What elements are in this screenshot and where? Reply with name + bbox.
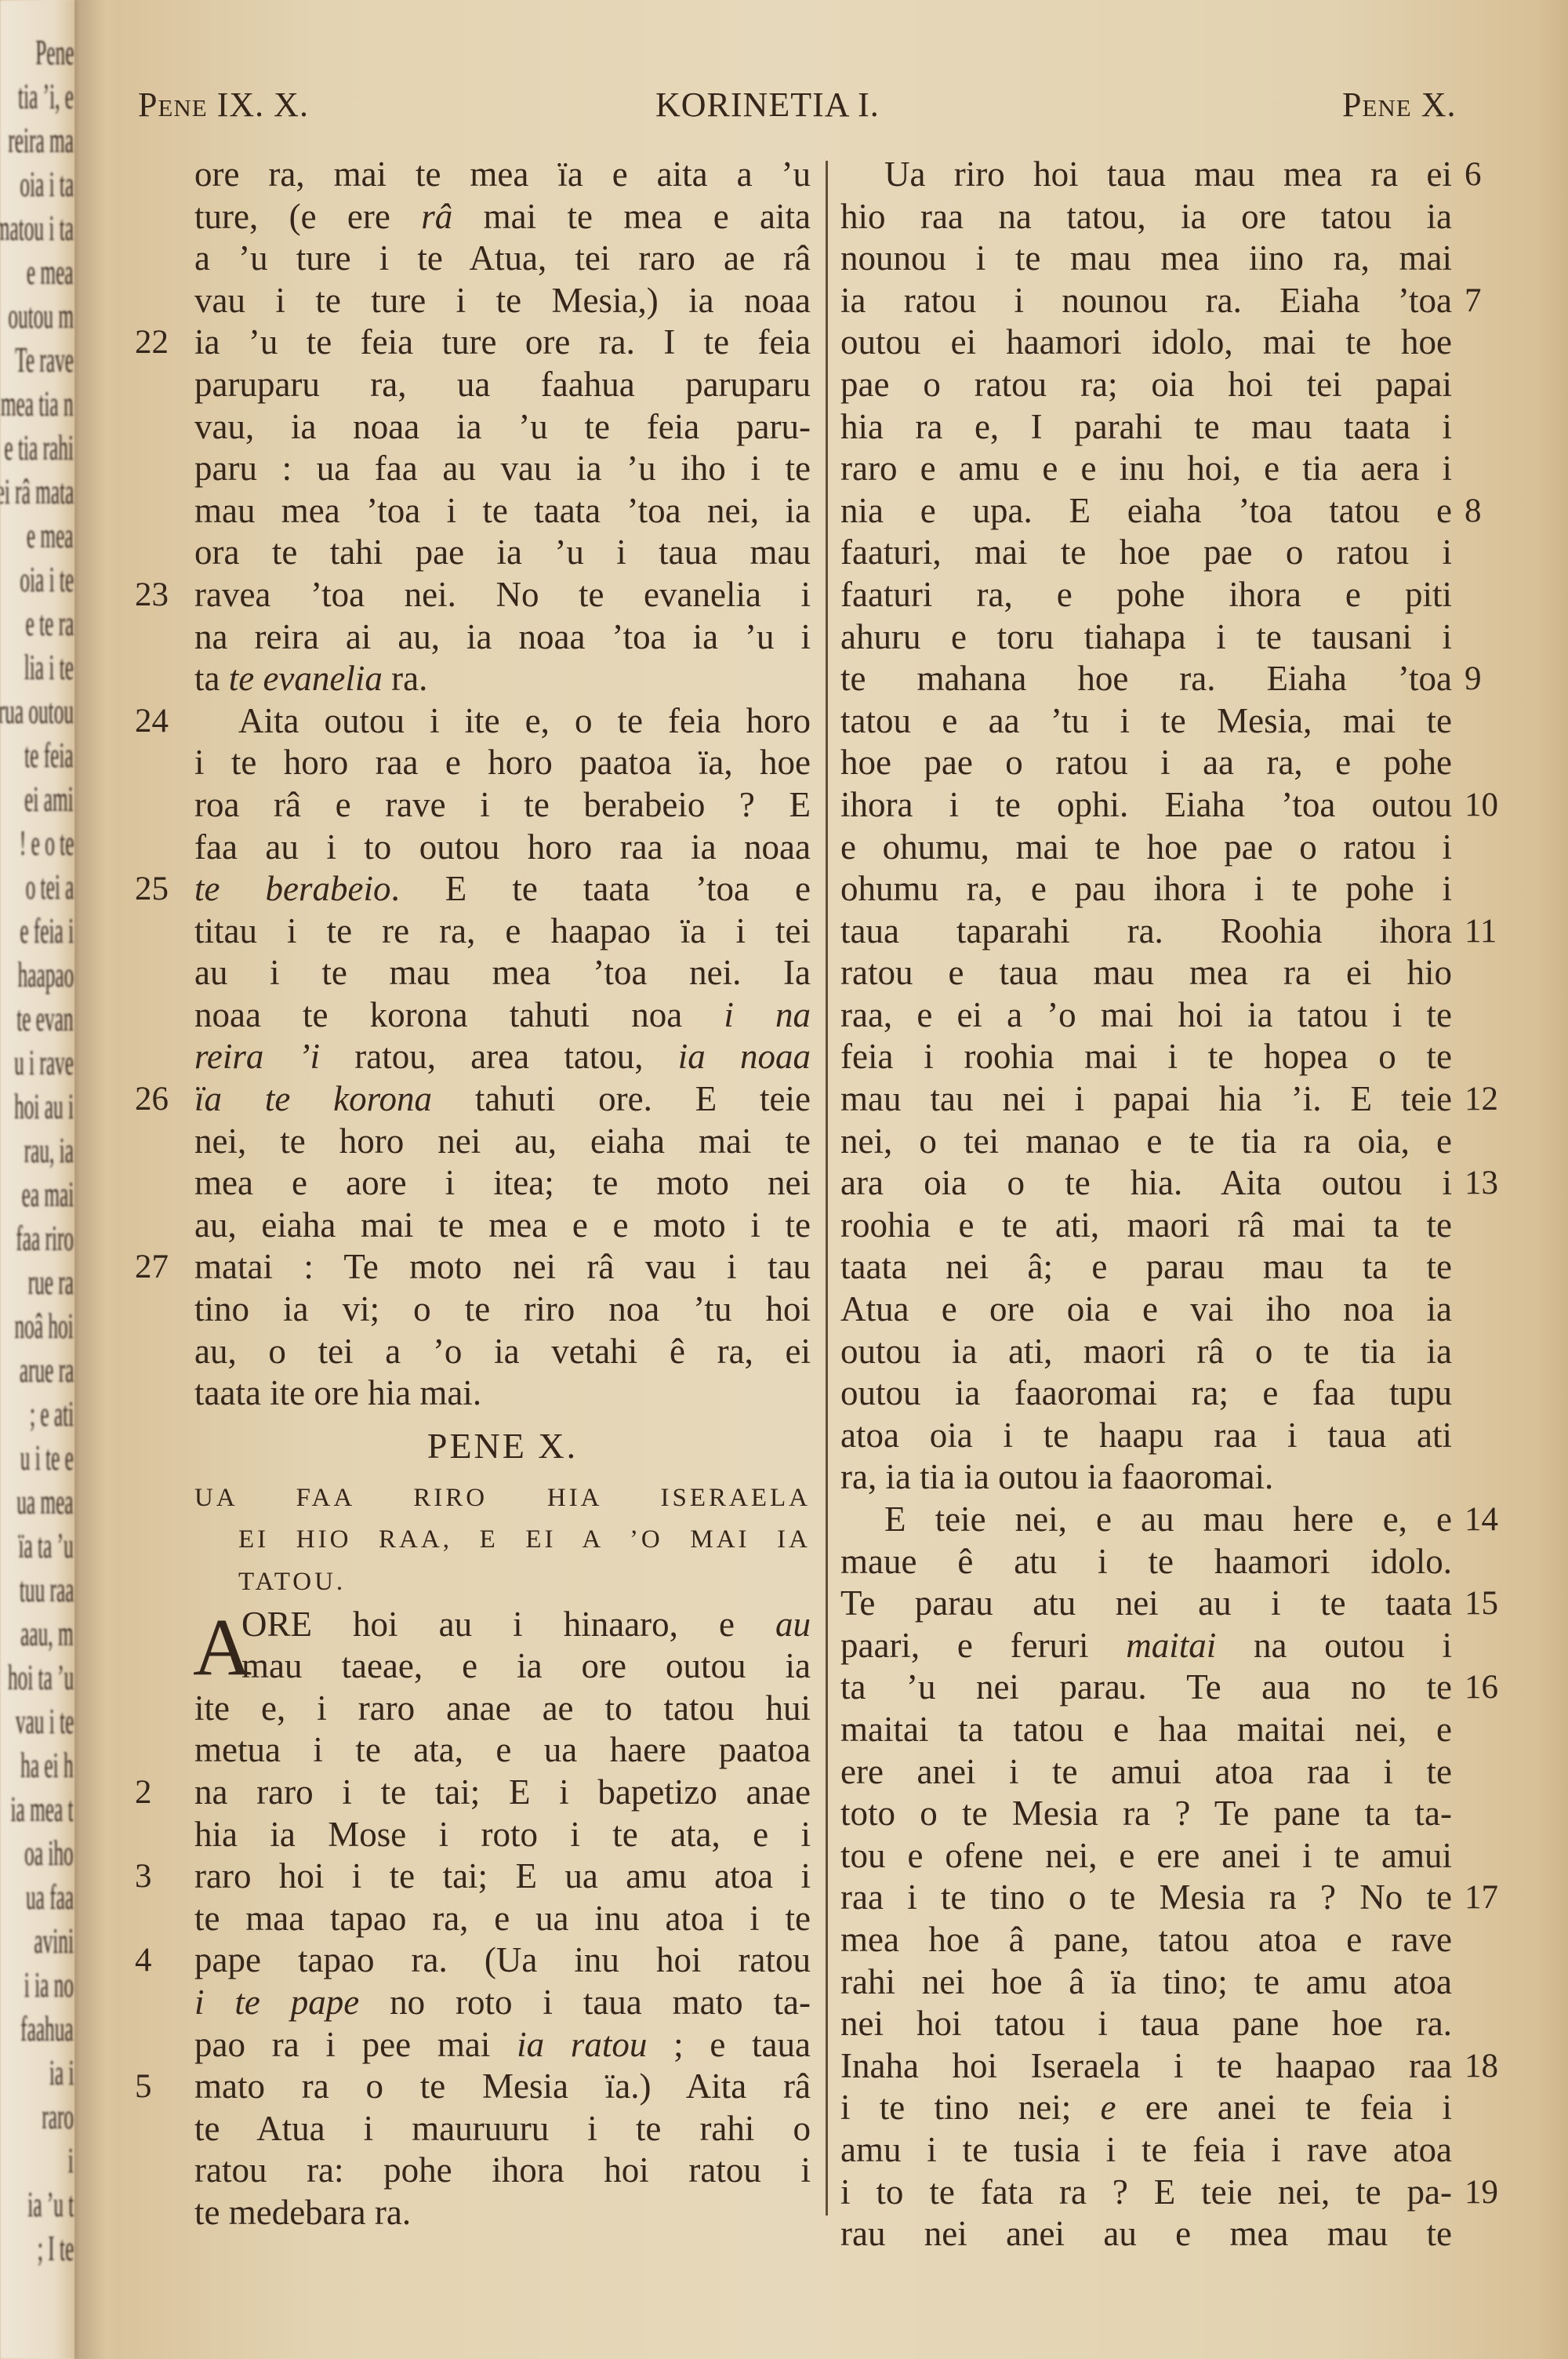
text-line: i te horo raa e horo paatoa ïa, hoe xyxy=(194,742,811,784)
text-segment: te mahana hoe ra. Eiaha ’toa xyxy=(840,659,1452,698)
verse-number: 15 xyxy=(1465,1583,1519,1625)
verse-number: 12 xyxy=(1465,1078,1519,1121)
facing-page-text: vau i te xyxy=(16,1700,74,1742)
text-segment: ; e taua xyxy=(647,2025,811,2064)
chapter-heading: PENE X. xyxy=(194,1415,811,1478)
text-segment: raa i te tino o te Mesia ra ? No te xyxy=(840,1877,1452,1917)
verse-number: 2 xyxy=(135,1772,152,1814)
text-line: maitai ta tatou e haa maitai nei, e xyxy=(840,1709,1452,1751)
text-segment: ihora i te ophi. Eiaha ’toa outou xyxy=(840,785,1452,824)
facing-page-text: ei ami xyxy=(24,778,74,820)
text-segment: rau nei anei au e mea mau te xyxy=(840,2214,1452,2253)
text-line: 24Aita outou i ite e, o te feia horo xyxy=(194,700,811,743)
text-line: 5mato ra o te Mesia ïa.) Aita râ xyxy=(194,2066,811,2108)
facing-page-text: matou i ta xyxy=(0,207,74,249)
text-line: outou ei haamori idolo, mai te hoe xyxy=(840,322,1452,364)
text-line: ra, ia tia ia outou ia faaoromai. xyxy=(840,1456,1452,1499)
italic-text: râ xyxy=(421,197,452,236)
text-segment: vau i te ture i te Mesia,) ia noaa xyxy=(194,281,811,320)
verse-number: 23 xyxy=(135,574,169,616)
text-line: 26ïa te korona tahuti ore. E teie xyxy=(194,1078,811,1121)
text-line: 22ia ’u te feia ture ore ra. I te feia xyxy=(194,322,811,364)
text-line: i te pape no roto i taua mato ta- xyxy=(194,1982,811,2024)
text-segment: feia i roohia mai i te hopea o te xyxy=(840,1037,1452,1076)
text-segment: a ’u ture i te Atua, tei raro ae râ xyxy=(194,238,811,278)
text-segment: Aita outou i ite e, o te feia horo xyxy=(238,701,811,740)
text-segment: faa au i to outou horo raa ia noaa xyxy=(194,827,811,867)
text-segment: Ua riro hoi taua mau mea ra ei xyxy=(884,154,1452,194)
facing-page-text: ; e ati xyxy=(30,1393,74,1434)
text-segment: paari, e feruri xyxy=(840,1626,1126,1665)
facing-page-text: arue ra xyxy=(19,1349,74,1390)
header-left-cap: P xyxy=(138,85,158,124)
text-line: faaturi ra, e pohe ihora e piti xyxy=(840,574,1452,616)
facing-page-text: rau, ia xyxy=(24,1129,74,1171)
text-segment: raro hoi i te tai; E ua amu atoa i xyxy=(194,1856,811,1896)
text-line: nei, o tei manao e te tia ra oia, e xyxy=(840,1121,1452,1163)
text-line: i te tino nei; e ere anei te feia i xyxy=(840,2087,1452,2129)
text-segment: ta xyxy=(194,659,229,698)
column-divider xyxy=(826,161,828,2215)
text-segment: ore ra, mai te mea ïa e aita a ’u xyxy=(194,154,811,194)
text-line: te Atua i mauruuru i te rahi o xyxy=(194,2108,811,2150)
text-line: ite e, i raro anae ae to tatou hui xyxy=(194,1688,811,1730)
facing-page-text: tuu raa xyxy=(19,1568,74,1610)
text-segment: mea hoe â pane, tatou atoa e rave xyxy=(840,1920,1452,1959)
verse-number: 4 xyxy=(135,1939,152,1982)
text-line: taata nei â; e parau mau ta te xyxy=(840,1246,1452,1289)
text-line: nei, te horo nei au, eiaha mai te xyxy=(194,1121,811,1163)
facing-page-text: hoi au i xyxy=(14,1085,74,1127)
text-segment: hia ra e, I parahi te mau taata i xyxy=(840,407,1452,446)
text-segment: tino ia vi; o te riro noa ’tu hoi xyxy=(194,1289,811,1329)
text-line: paari, e feruri maitai na outou i xyxy=(840,1625,1452,1667)
facing-page-text: i ia no xyxy=(24,1964,74,2005)
text-line: 7ia ratou i nounou ra. Eiaha ’toa xyxy=(840,280,1452,322)
text-segment: ORE hoi au i hinaaro, e xyxy=(241,1605,775,1644)
text-segment: mau tau nei i papai hia ’i. E teie xyxy=(840,1079,1452,1118)
facing-page-text: ; I te xyxy=(38,2227,74,2269)
verse-number: 19 xyxy=(1465,2172,1519,2214)
facing-page-text: u i te e xyxy=(20,1437,74,1478)
italic-text: au xyxy=(775,1605,811,1644)
text-line: noaa te korona tahuti noa i na xyxy=(194,994,811,1037)
text-line: outou ia ati, maori râ o te tia ia xyxy=(840,1331,1452,1373)
facing-page-text: ia ’u t xyxy=(27,2183,74,2225)
facing-page-text: te evan xyxy=(17,998,74,1039)
facing-page-text: e tia rahi xyxy=(4,427,74,468)
italic-text: e xyxy=(1100,2088,1116,2127)
facing-page-text: e feia i xyxy=(20,910,74,951)
text-segment: mai te mea e aita xyxy=(452,197,811,236)
text-line: 27matai : Te moto nei râ vau i tau xyxy=(194,1246,811,1289)
text-segment: toto o te Mesia ra ? Te pane ta ta- xyxy=(840,1794,1452,1833)
facing-page-text: ua faa xyxy=(26,1876,74,1917)
summary-line: UA FAA RIRO HIA ISERAELA xyxy=(194,1478,811,1520)
text-segment: roa râ e rave i te berabeio ? E xyxy=(194,785,811,824)
text-segment: amu i te tusia i te feia i rave atoa xyxy=(840,2130,1452,2169)
text-line: vau, ia noaa ia ’u te feia paru- xyxy=(194,406,811,449)
text-segment: pape tapao ra. (Ua inu hoi ratou xyxy=(194,1940,811,1979)
text-segment: atoa oia i te haapu raa i taua ati xyxy=(840,1416,1452,1455)
text-line: rau nei anei au e mea mau te xyxy=(840,2213,1452,2255)
facing-page-text: ea mai xyxy=(21,1173,74,1215)
text-segment: au i te mau mea ’toa nei. Ia xyxy=(194,953,811,992)
facing-page-text: rue ra xyxy=(28,1261,74,1303)
text-line: maue ê atu i te haamori idolo. xyxy=(840,1541,1452,1583)
running-header: PENE IX. X. KORINETIA I. PENE X. xyxy=(0,85,1568,132)
text-segment: ravea ’toa nei. No te evanelia i xyxy=(194,575,811,614)
text-line: nei hoi tatou i taua pane hoe ra. xyxy=(840,2003,1452,2045)
text-segment: te medebara ra. xyxy=(194,2193,411,2232)
text-line: ture, (e ere râ mai te mea e aita xyxy=(194,196,811,238)
facing-page-text: noâ hoi xyxy=(15,1305,74,1347)
text-line: Atua e ore oia e vai iho noa ia xyxy=(840,1289,1452,1331)
verse-number: 9 xyxy=(1465,658,1519,700)
text-segment: faaturi ra, e pohe ihora e piti xyxy=(840,575,1452,614)
text-segment: tahuti ore. E teie xyxy=(432,1079,811,1118)
text-segment: metua i te ata, e ua haere paatoa xyxy=(194,1730,811,1769)
text-line: metua i te ata, e ua haere paatoa xyxy=(194,1729,811,1772)
verse-number: 6 xyxy=(1465,154,1519,196)
left-column: ore ra, mai te mea ïa e aita a ’uture, (… xyxy=(194,154,811,2234)
right-column-text: 6Ua riro hoi taua mau mea ra eihio raa n… xyxy=(840,154,1452,2255)
text-line: mau mea ’toa i te taata ’toa nei, ia xyxy=(194,490,811,533)
text-line: 10ihora i te ophi. Eiaha ’toa outou xyxy=(840,784,1452,827)
text-line: e ohumu, mai te hoe pae o ratou i xyxy=(840,827,1452,869)
text-segment: ratou e taua mau mea ra ei hio xyxy=(840,953,1452,992)
verse-number: 25 xyxy=(135,868,169,911)
text-line: mea e aore i itea; te moto nei xyxy=(194,1162,811,1205)
facing-page-text: e mea xyxy=(27,251,74,293)
verse-number: 27 xyxy=(135,1246,169,1289)
right-column: 6Ua riro hoi taua mau mea ra eihio raa n… xyxy=(840,154,1452,2255)
facing-page-edge: Penetia ’i, ereira maoia i tamatou i tae… xyxy=(0,0,78,2359)
facing-page-text: lia i te xyxy=(24,646,74,688)
facing-page-text: o tei a xyxy=(25,866,74,907)
text-segment: E teie nei, e au mau here e, e xyxy=(884,1499,1452,1539)
text-line: roa râ e rave i te berabeio ? E xyxy=(194,784,811,827)
text-line: a ’u ture i te Atua, tei raro ae râ xyxy=(194,238,811,280)
text-segment: te maa tapao ra, e ua inu atoa i te xyxy=(194,1899,811,1938)
facing-page-text: ia i xyxy=(49,2052,74,2093)
facing-page-text: Pene xyxy=(35,31,74,73)
text-segment: titau i te re ra, e haapao ïa i tei xyxy=(194,911,811,951)
text-segment: na outou i xyxy=(1216,1626,1452,1665)
facing-page-text: ïa ta ’u xyxy=(19,1525,74,1566)
facing-page-text: ua mea xyxy=(17,1481,74,1522)
text-line: 13ara oia o te hia. Aita outou i xyxy=(840,1162,1452,1205)
text-segment: ia ’u te feia ture ore ra. I te feia xyxy=(194,322,811,362)
text-segment: no roto i taua mato ta- xyxy=(359,1983,811,2022)
text-segment: raro e amu e e inu hoi, e tia aera i xyxy=(840,449,1452,488)
text-line: au i te mau mea ’toa nei. Ia xyxy=(194,952,811,994)
italic-text: reira ’i xyxy=(194,1037,320,1076)
text-segment: mau mea ’toa i te taata ’toa nei, ia xyxy=(194,491,811,530)
text-line: paruparu ra, ua faahua paruparu xyxy=(194,364,811,406)
text-line: 2na raro i te tai; E i bapetizo anae xyxy=(194,1772,811,1814)
header-chapter-right: PENE X. xyxy=(1342,85,1457,125)
text-segment: i te tino nei; xyxy=(840,2088,1100,2127)
text-segment: paruparu ra, ua faahua paruparu xyxy=(194,365,811,404)
facing-page-text: rua outou xyxy=(0,690,74,732)
text-segment: tatou e aa ’tu i te Mesia, mai te xyxy=(840,701,1452,740)
text-line: 17raa i te tino o te Mesia ra ? No te xyxy=(840,1877,1452,1919)
text-line: 19i to te fata ra ? E teie nei, te pa- xyxy=(840,2172,1452,2214)
facing-page-text: ei râ mata xyxy=(0,471,74,512)
italic-text: maitai xyxy=(1126,1626,1216,1665)
text-segment: paru : ua faa au vau ia ’u iho i te xyxy=(194,449,811,488)
text-segment: ohumu ra, e pau ihora i te pohe i xyxy=(840,869,1452,908)
text-segment: ta ’u nei parau. Te aua no te xyxy=(840,1667,1452,1707)
header-chapter-left: PENE IX. X. xyxy=(138,85,309,125)
left-column-text-ch9: ore ra, mai te mea ïa e aita a ’uture, (… xyxy=(194,154,811,1415)
text-segment: pao ra i pee mai xyxy=(194,2025,517,2064)
summary-line: EI HIO RAA, E EI A ’O MAI IA xyxy=(194,1519,811,1561)
text-line: ORE hoi au i hinaaro, e au xyxy=(194,1604,811,1646)
header-right-cap: P xyxy=(1342,85,1362,124)
facing-page-text: ia mea t xyxy=(11,1788,74,1830)
text-segment: hia ia Mose i roto i te ata, e i xyxy=(194,1815,811,1854)
verse-number: 13 xyxy=(1465,1162,1519,1205)
header-left-rest: IX. X. xyxy=(208,85,309,124)
text-segment: ra, ia tia ia outou ia faaoromai. xyxy=(840,1457,1273,1496)
text-line: pao ra i pee mai ia ratou ; e taua xyxy=(194,2024,811,2066)
text-segment: taua taparahi ra. Roohia ihora xyxy=(840,911,1452,951)
chapter-summary: UA FAA RIRO HIA ISERAELAEI HIO RAA, E EI… xyxy=(194,1478,811,1604)
text-line: faa au i to outou horo raa ia noaa xyxy=(194,827,811,869)
gutter-shadow xyxy=(74,0,106,2359)
facing-page-text: oia i ta xyxy=(20,163,74,205)
text-line: au, o tei a ’o ia vetahi ê ra, ei xyxy=(194,1331,811,1373)
text-segment: ere anei te feia i xyxy=(1116,2088,1452,2127)
italic-text: ia noaa xyxy=(678,1037,811,1076)
text-segment: na reira ai au, ia noaa ’toa ia ’u i xyxy=(194,617,811,656)
text-line: 8nia e upa. E eiaha ’toa tatou e xyxy=(840,490,1452,533)
text-segment: ratou, area tatou, xyxy=(320,1037,678,1076)
text-line: reira ’i ratou, area tatou, ia noaa xyxy=(194,1036,811,1078)
text-segment: ere anei i te amui atoa raa i te xyxy=(840,1752,1452,1791)
text-line: pae o ratou ra; oia hoi tei papai xyxy=(840,364,1452,406)
facing-page-text: e mea xyxy=(27,514,74,556)
text-segment: outou ia faaoromai ra; e faa tupu xyxy=(840,1373,1452,1412)
text-line: ahuru e toru tiahapa i te tausani i xyxy=(840,616,1452,659)
italic-text: i te pape xyxy=(194,1983,359,2022)
text-line: 6Ua riro hoi taua mau mea ra ei xyxy=(840,154,1452,196)
italic-text: ïa te korona xyxy=(194,1079,432,1118)
text-line: nounou i te mau mea iino ra, mai xyxy=(840,238,1452,280)
text-line: au, eiaha mai te mea e e moto i te xyxy=(194,1205,811,1247)
text-segment: i to te fata ra ? E teie nei, te pa- xyxy=(840,2172,1452,2212)
text-segment: rahi nei hoe â ïa tino; te amu atoa xyxy=(840,1962,1452,2001)
text-line: raro e amu e e inu hoi, e tia aera i xyxy=(840,448,1452,490)
text-line: titau i te re ra, e haapao ïa i tei xyxy=(194,911,811,953)
italic-text: i na xyxy=(724,995,811,1034)
text-segment: na raro i te tai; E i bapetizo anae xyxy=(194,1772,811,1812)
text-line: tino ia vi; o te riro noa ’tu hoi xyxy=(194,1289,811,1331)
verse-number: 10 xyxy=(1465,784,1519,827)
text-line: taata ite ore hia mai. xyxy=(194,1372,811,1415)
facing-page-text: hoi ta ’u xyxy=(8,1656,74,1698)
text-line: raa, e ei a ’o mai hoi ia tatou i te xyxy=(840,994,1452,1037)
facing-page-text: faa riro xyxy=(16,1217,74,1259)
text-segment: ia ratou i nounou ra. Eiaha ’toa xyxy=(840,281,1452,320)
facing-page-text: oa iho xyxy=(24,1832,74,1874)
text-line: tou e ofene nei, e ere anei i te amui xyxy=(840,1835,1452,1877)
text-segment: mato ra o te Mesia ïa.) Aita râ xyxy=(194,2066,811,2106)
text-segment: te Atua i mauruuru i te rahi o xyxy=(194,2109,811,2148)
left-column-text-ch10: ORE hoi au i hinaaro, e aumau taeae, e i… xyxy=(194,1604,811,2234)
text-line: ora te tahi pae ia ’u i taua mau xyxy=(194,532,811,574)
verse-number: 3 xyxy=(135,1856,152,1898)
verse-number: 11 xyxy=(1465,911,1519,953)
header-book-title: KORINETIA I. xyxy=(655,85,880,125)
text-segment: ahuru e toru tiahapa i te tausani i xyxy=(840,617,1452,656)
text-segment: nei hoi tatou i taua pane hoe ra. xyxy=(840,2004,1452,2043)
text-segment: roohia e te ati, maori râ mai ta te xyxy=(840,1205,1452,1245)
text-segment: maue ê atu i te haamori idolo. xyxy=(840,1542,1452,1581)
text-segment: i te horo raa e horo paatoa ïa, hoe xyxy=(194,743,811,782)
text-segment: maitai ta tatou e haa maitai nei, e xyxy=(840,1710,1452,1749)
text-segment: au, eiaha mai te mea e e moto i te xyxy=(194,1205,811,1245)
text-line: ore ra, mai te mea ïa e aita a ’u xyxy=(194,154,811,196)
facing-page-text: mea tia n xyxy=(1,383,74,424)
facing-page-text: te feia xyxy=(24,734,74,776)
text-segment: taata ite ore hia mai. xyxy=(194,1373,481,1412)
facing-page-text: ha ei h xyxy=(21,1744,74,1786)
text-segment: Atua e ore oia e vai iho noa ia xyxy=(840,1289,1452,1329)
text-segment: ora te tahi pae ia ’u i taua mau xyxy=(194,533,811,572)
text-segment: noaa te korona tahuti noa xyxy=(194,995,724,1034)
text-segment: hio raa na tatou, ia ore tatou ia xyxy=(840,197,1452,236)
facing-page-text: u i rave xyxy=(14,1041,74,1083)
text-segment: nounou i te mau mea iino ra, mai xyxy=(840,238,1452,278)
text-line: 15Te parau atu nei au i te taata xyxy=(840,1583,1452,1625)
text-segment: ture, (e ere xyxy=(194,197,421,236)
facing-page-text: raro xyxy=(42,2095,74,2137)
text-line: rahi nei hoe â ïa tino; te amu atoa xyxy=(840,1961,1452,2004)
verse-number: 7 xyxy=(1465,280,1519,322)
text-segment: au, o tei a ’o ia vetahi ê ra, ei xyxy=(194,1332,811,1371)
italic-text: te berabeio xyxy=(194,869,391,908)
facing-page-text: Te rave xyxy=(15,339,74,380)
verse-number: 5 xyxy=(135,2066,152,2108)
text-line: hia ra e, I parahi te mau taata i xyxy=(840,406,1452,449)
text-line: 23ravea ’toa nei. No te evanelia i xyxy=(194,574,811,616)
text-line: ratou ra: pohe ihora hoi ratou i xyxy=(194,2150,811,2192)
text-segment: mau taeae, e ia ore outou ia xyxy=(241,1646,811,1685)
italic-text: te evanelia xyxy=(229,659,383,698)
text-line: 9te mahana hoe ra. Eiaha ’toa xyxy=(840,658,1452,700)
text-line: toto o te Mesia ra ? Te pane ta ta- xyxy=(840,1793,1452,1835)
text-line: tatou e aa ’tu i te Mesia, mai te xyxy=(840,700,1452,743)
text-line: vau i te ture i te Mesia,) ia noaa xyxy=(194,280,811,322)
header-right-rest: X. xyxy=(1412,85,1457,124)
text-line: 4pape tapao ra. (Ua inu hoi ratou xyxy=(194,1939,811,1982)
text-line: mau taeae, e ia ore outou ia xyxy=(194,1645,811,1688)
text-segment: ite e, i raro anae ae to tatou hui xyxy=(194,1688,811,1728)
verse-number: 22 xyxy=(135,322,169,364)
text-segment: mea e aore i itea; te moto nei xyxy=(194,1163,811,1202)
chapter-body-start: A ORE hoi au i hinaaro, e aumau taeae, e… xyxy=(194,1604,811,2234)
verse-number: 8 xyxy=(1465,490,1519,533)
text-line: ratou e taua mau mea ra ei hio xyxy=(840,952,1452,994)
text-line: feia i roohia mai i te hopea o te xyxy=(840,1036,1452,1078)
facing-page-text: e te ra xyxy=(25,602,74,644)
text-line: paru : ua faa au vau ia ’u iho i te xyxy=(194,448,811,490)
summary-line: TATOU. xyxy=(194,1561,811,1604)
text-line: hio raa na tatou, ia ore tatou ia xyxy=(840,196,1452,238)
header-right-smallcaps: ENE xyxy=(1362,94,1411,122)
text-line: 12mau tau nei i papai hia ’i. E teie xyxy=(840,1078,1452,1121)
facing-page-text: avini xyxy=(34,1920,74,1961)
text-line: 3raro hoi i te tai; E ua amu atoa i xyxy=(194,1856,811,1898)
text-line: 11taua taparahi ra. Roohia ihora xyxy=(840,911,1452,953)
facing-page-text: aau, m xyxy=(21,1612,74,1654)
facing-page-text: ! e o te xyxy=(19,822,74,863)
header-left-smallcaps: ENE xyxy=(158,94,207,122)
text-segment: matai : Te moto nei râ vau i tau xyxy=(194,1247,811,1286)
text-line: roohia e te ati, maori râ mai ta te xyxy=(840,1205,1452,1247)
text-line: mea hoe â pane, tatou atoa e rave xyxy=(840,1919,1452,1961)
text-segment: nei, o tei manao e te tia ra oia, e xyxy=(840,1121,1452,1161)
text-line: 14E teie nei, e au mau here e, e xyxy=(840,1499,1452,1541)
text-segment: ratou ra: pohe ihora hoi ratou i xyxy=(194,2150,811,2190)
text-line: 25te berabeio. E te taata ’toa e xyxy=(194,868,811,911)
text-line: 16ta ’u nei parau. Te aua no te xyxy=(840,1667,1452,1709)
italic-text: ia ratou xyxy=(517,2025,647,2064)
verse-number: 14 xyxy=(1465,1499,1519,1541)
text-segment: Inaha hoi Iseraela i te haapao raa xyxy=(840,2046,1452,2085)
verse-number: 16 xyxy=(1465,1667,1519,1709)
text-segment: raa, e ei a ’o mai hoi ia tatou i te xyxy=(840,995,1452,1034)
text-segment: . E te taata ’toa e xyxy=(391,869,811,908)
text-segment: e ohumu, mai te hoe pae o ratou i xyxy=(840,827,1452,867)
text-segment: outou ei haamori idolo, mai te hoe xyxy=(840,322,1452,362)
verse-number: 18 xyxy=(1465,2045,1519,2088)
text-segment: outou ia ati, maori râ o te tia ia xyxy=(840,1332,1452,1371)
text-segment: ra. xyxy=(383,659,427,698)
text-segment: Te parau atu nei au i te taata xyxy=(840,1583,1452,1623)
text-segment: nia e upa. E eiaha ’toa tatou e xyxy=(840,491,1452,530)
text-line: outou ia faaoromai ra; e faa tupu xyxy=(840,1372,1452,1415)
text-segment: faaturi, mai te hoe pae o ratou i xyxy=(840,533,1452,572)
text-line: hoe pae o ratou i aa ra, e pohe xyxy=(840,742,1452,784)
text-line: na reira ai au, ia noaa ’toa ia ’u i xyxy=(194,616,811,659)
facing-page-text: i xyxy=(68,2139,74,2181)
text-line: amu i te tusia i te feia i rave atoa xyxy=(840,2129,1452,2172)
text-line: atoa oia i te haapu raa i taua ati xyxy=(840,1415,1452,1457)
text-line: 18Inaha hoi Iseraela i te haapao raa xyxy=(840,2045,1452,2088)
text-segment: ara oia o te hia. Aita outou i xyxy=(840,1163,1452,1202)
text-line: te medebara ra. xyxy=(194,2192,811,2234)
text-segment: vau, ia noaa ia ’u te feia paru- xyxy=(194,407,811,446)
text-line: ere anei i te amui atoa raa i te xyxy=(840,1751,1452,1794)
text-line: ta te evanelia ra. xyxy=(194,658,811,700)
facing-page-text: outou m xyxy=(8,295,74,336)
text-segment: tou e ofene nei, e ere anei i te amui xyxy=(840,1836,1452,1875)
verse-number: 24 xyxy=(135,700,169,743)
text-segment: taata nei â; e parau mau ta te xyxy=(840,1247,1452,1286)
verse-number: 17 xyxy=(1465,1877,1519,1919)
facing-page-text: oia i te xyxy=(20,558,74,600)
text-line: faaturi, mai te hoe pae o ratou i xyxy=(840,532,1452,574)
text-segment: nei, te horo nei au, eiaha mai te xyxy=(194,1121,811,1161)
facing-page-text: faahua xyxy=(21,2008,74,2049)
text-line: te maa tapao ra, e ua inu atoa i te xyxy=(194,1898,811,1940)
text-line: ohumu ra, e pau ihora i te pohe i xyxy=(840,868,1452,911)
verse-number: 26 xyxy=(135,1078,169,1121)
